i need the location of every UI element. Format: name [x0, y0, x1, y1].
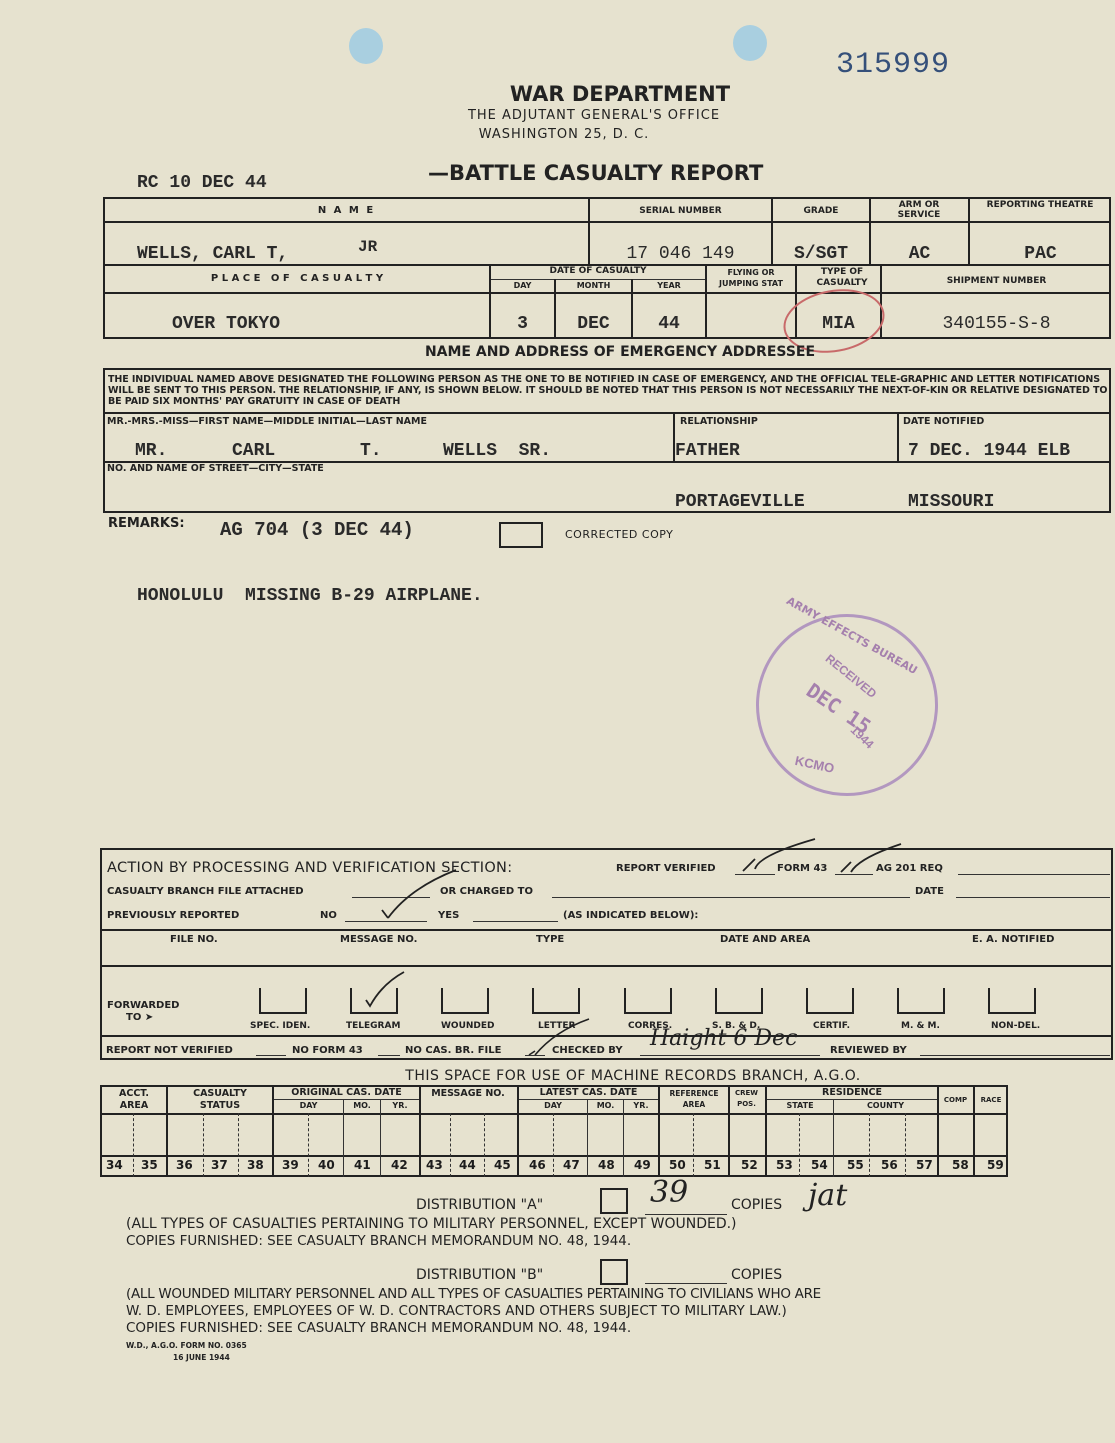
shipment-value: 340155-S-8 [882, 314, 1111, 334]
addressee-middle: T. [360, 441, 382, 461]
name-label: N A M E [105, 205, 588, 216]
theatre-label: REPORTING THEATRE [985, 200, 1095, 210]
distribution-b-copies-line[interactable] [645, 1283, 727, 1284]
addressee-last: WELLS SR. [443, 441, 551, 461]
charged-to-line[interactable] [552, 897, 910, 898]
punch-hole-left [349, 28, 383, 64]
fwd-label-mm: M. & M. [901, 1021, 940, 1031]
no-label: NO [320, 910, 337, 921]
year-value: 44 [633, 314, 705, 334]
checkbox-wounded[interactable] [441, 988, 489, 1014]
day-label: DAY [491, 281, 554, 290]
distribution-b-desc2: W. D. EMPLOYEES, EMPLOYEES OF W. D. CONT… [126, 1303, 787, 1319]
department-title: WAR DEPARTMENT [0, 82, 1115, 106]
fwd-label-certif: CERTIF. [813, 1021, 850, 1031]
distribution-b-label: DISTRIBUTION "B" [416, 1267, 543, 1283]
distribution-a-initials: jat [808, 1178, 847, 1213]
hdr-day: DAY [274, 1101, 343, 1110]
as-indicated-label: (AS INDICATED BELOW): [563, 910, 698, 921]
hdr-original-cas-date: ORIGINAL CAS. DATE [274, 1087, 419, 1098]
state-value: MISSOURI [908, 492, 994, 512]
form-number: W.D., A.G.O. FORM NO. 0365 [126, 1341, 247, 1350]
distribution-a-copies-value: 39 [650, 1175, 688, 1210]
corrected-copy-label: CORRECTED COPY [565, 528, 673, 541]
office-subtitle: THE ADJUTANT GENERAL'S OFFICE [0, 108, 1115, 123]
date-of-casualty-label: DATE OF CASUALTY [491, 266, 705, 276]
year-label: YEAR [633, 281, 705, 290]
remarks-label: REMARKS: [108, 516, 185, 531]
hdr-crew-pos: CREW POS. [730, 1088, 763, 1110]
no-form43-label: NO FORM 43 [292, 1045, 363, 1056]
report-verified-label: REPORT VERIFIED [616, 863, 716, 874]
emergency-notice: THE INDIVIDUAL NAMED ABOVE DESIGNATED TH… [108, 374, 1108, 407]
addressee-first: CARL [232, 441, 275, 461]
checkbox-spec-iden[interactable] [259, 988, 307, 1014]
received-stamp: ARMY EFFECTS BUREAU RECEIVED DEC 15 1944… [750, 608, 944, 802]
reviewed-by-line[interactable] [920, 1055, 1110, 1056]
hdr-message-no: MESSAGE NO. [430, 1088, 506, 1100]
file-attached-label: CASUALTY BRANCH FILE ATTACHED [107, 886, 304, 897]
fwd-label-spec-iden: SPEC. IDEN. [250, 1021, 310, 1031]
hdr-race: RACE [974, 1096, 1008, 1104]
hdr-reference-area: REFERENCE AREA [664, 1088, 724, 1110]
hdr-latest-mo: MO. [588, 1101, 623, 1110]
arm-value: AC [871, 244, 968, 264]
grade-label: GRADE [773, 206, 869, 216]
distribution-a-copies-label: COPIES [731, 1197, 782, 1213]
hdr-acct-area: ACCT. AREA [104, 1088, 164, 1112]
prev-reported-label: PREVIOUSLY REPORTED [107, 910, 239, 921]
date-notified-label: DATE NOTIFIED [903, 416, 984, 427]
month-label: MONTH [556, 281, 631, 290]
check-mark-icon [380, 868, 460, 928]
corrected-copy-checkbox[interactable] [499, 522, 543, 548]
telegram-check-mark-icon [360, 970, 410, 1010]
punch-hole-right [733, 25, 767, 61]
col-ea-notified: E. A. NOTIFIED [972, 934, 1054, 945]
emergency-heading: NAME AND ADDRESS OF EMERGENCY ADDRESSEE [0, 344, 1115, 360]
distribution-b-copies-label: COPIES [731, 1267, 782, 1283]
checkbox-non-del[interactable] [988, 988, 1036, 1014]
emergency-name-label: MR.-MRS.-MISS—FIRST NAME—MIDDLE INITIAL—… [107, 416, 427, 427]
distribution-a-label: DISTRIBUTION "A" [416, 1197, 543, 1213]
street-label: NO. AND NAME OF STREET—CITY—STATE [107, 463, 324, 474]
shipment-label: SHIPMENT NUMBER [882, 276, 1111, 286]
addressee-title: MR. [135, 441, 167, 461]
check-mark-icon [835, 840, 905, 880]
machine-records-title: THIS SPACE FOR USE OF MACHINE RECORDS BR… [0, 1068, 1115, 1084]
soldier-suffix: JR [358, 238, 377, 256]
hdr-residence: RESIDENCE [767, 1087, 937, 1098]
checked-by-line[interactable] [640, 1055, 820, 1056]
not-verified-label: REPORT NOT VERIFIED [106, 1045, 233, 1056]
place-value: OVER TOKYO [172, 314, 280, 334]
relationship-label: RELATIONSHIP [680, 416, 758, 427]
hdr-comp: COMP [938, 1096, 973, 1104]
city-value: PORTAGEVILLE [675, 492, 805, 512]
checked-by-signature: Haight 6 Dec [650, 1026, 797, 1051]
forwarded-label: FORWARDED [107, 1000, 180, 1011]
col-type: TYPE [536, 934, 564, 945]
remarks-line1: AG 704 (3 DEC 44) [220, 519, 414, 541]
col-message-no: MESSAGE NO. [340, 934, 417, 945]
remarks-line2: HONOLULU MISSING B-29 AIRPLANE. [137, 586, 483, 606]
relationship-value: FATHER [675, 441, 740, 461]
rc-stamp: RC 10 DEC 44 [137, 173, 267, 193]
hdr-state: STATE [767, 1101, 833, 1110]
serial-number: 17 046 149 [590, 244, 771, 264]
check-mark-icon [735, 835, 825, 880]
reviewed-by-label: REVIEWED BY [830, 1045, 907, 1056]
address-subtitle: WASHINGTON 25, D. C. [0, 127, 1115, 142]
hdr-latest-yr: YR. [624, 1101, 658, 1110]
document-number: 315999 [836, 48, 950, 82]
checkbox-certif[interactable] [806, 988, 854, 1014]
date-label: DATE [915, 886, 944, 897]
checkbox-corres[interactable] [624, 988, 672, 1014]
ag201-line[interactable] [958, 874, 1110, 875]
checked-by-label: CHECKED BY [552, 1045, 623, 1056]
serial-label: SERIAL NUMBER [590, 206, 771, 216]
day-value: 3 [491, 314, 554, 334]
hdr-mo: MO. [344, 1101, 380, 1110]
hdr-casualty-status: CASUALTY STATUS [180, 1088, 260, 1112]
stamp-bottom: KCMO [794, 753, 836, 776]
col-date-area: DATE AND AREA [720, 934, 810, 945]
date-line[interactable] [956, 897, 1110, 898]
report-title: —BATTLE CASUALTY REPORT [428, 161, 763, 185]
theatre-value: PAC [970, 244, 1111, 264]
distribution-a-furnished: COPIES FURNISHED: SEE CASUALTY BRANCH ME… [126, 1233, 631, 1249]
checkbox-mm[interactable] [897, 988, 945, 1014]
hdr-latest-day: DAY [519, 1101, 587, 1110]
fwd-label-wounded: WOUNDED [441, 1021, 495, 1031]
place-label: P L A C E O F C A S U A L T Y [105, 273, 489, 284]
distribution-b-checkbox[interactable] [600, 1259, 628, 1285]
forwarded-to-label: TO ➤ [126, 1012, 153, 1023]
soldier-name: WELLS, CARL T, [137, 244, 288, 264]
grade-value: S/SGT [773, 244, 869, 264]
col-file-no: FILE NO. [170, 934, 218, 945]
arrow-right-icon: ➤ [145, 1012, 153, 1023]
no-cas-file-label: NO CAS. BR. FILE [405, 1045, 501, 1056]
hdr-latest-cas-date: LATEST CAS. DATE [519, 1087, 658, 1098]
distribution-b-desc1: (ALL WOUNDED MILITARY PERSONNEL AND ALL … [126, 1286, 821, 1302]
form-date: 16 JUNE 1944 [173, 1353, 230, 1362]
fwd-label-non-del: NON-DEL. [991, 1021, 1040, 1031]
column-numbers: 34 35 36 37 38 39 40 41 42 43 44 45 46 4… [100, 1158, 1008, 1176]
yes-line[interactable] [473, 921, 558, 922]
checkbox-sbd[interactable] [715, 988, 763, 1014]
distribution-a-checkbox[interactable] [600, 1188, 628, 1214]
fwd-label-telegram: TELEGRAM [346, 1021, 400, 1031]
hdr-county: COUNTY [834, 1101, 937, 1110]
arm-label: ARM OR SERVICE [884, 200, 954, 220]
distribution-a-desc: (ALL TYPES OF CASUALTIES PERTAINING TO M… [126, 1216, 737, 1232]
hdr-yr: YR. [381, 1101, 419, 1110]
type-label: TYPE OF CASUALTY [812, 267, 872, 289]
flying-label: FLYING OR JUMPING STAT [707, 267, 795, 289]
checkbox-letter[interactable] [532, 988, 580, 1014]
month-value: DEC [556, 314, 631, 334]
date-notified-value: 7 DEC. 1944 ELB [908, 441, 1070, 461]
distribution-b-furnished: COPIES FURNISHED: SEE CASUALTY BRANCH ME… [126, 1320, 631, 1336]
